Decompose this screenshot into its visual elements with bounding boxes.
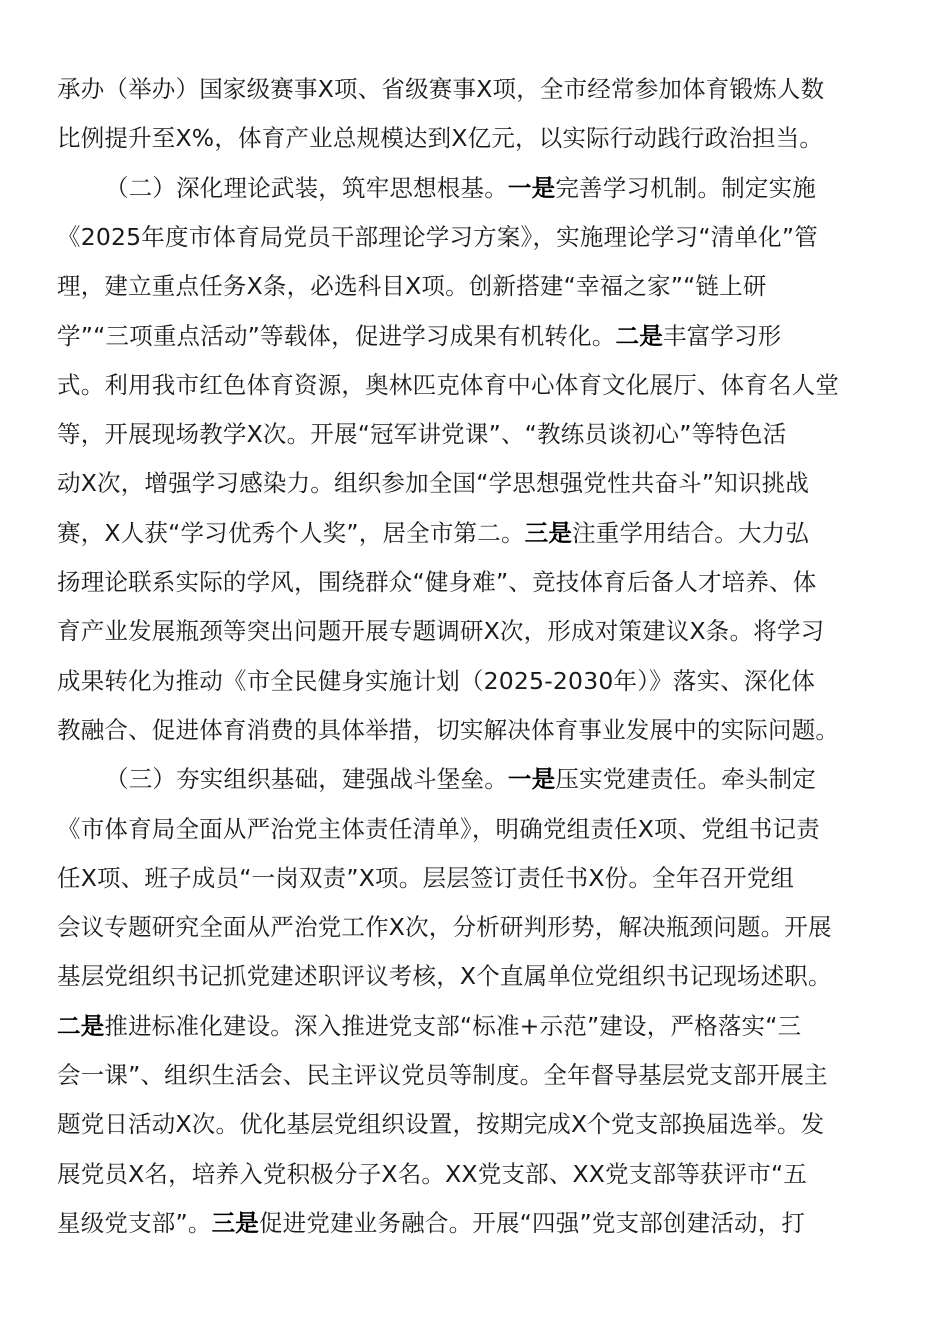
paragraph-line: 二是推进标准化建设。深入推进党支部“标准+示范”建设，严格落实“三 — [57, 1011, 801, 1041]
paragraph-line: 理，建立重点任务X条，必选科目X项。创新搭建“幸福之家”“链上研 — [57, 271, 767, 301]
line-text: 式。利用我市红色体育资源，奥林匹克体育中心体育文化展厅、体育名人堂 — [57, 371, 839, 399]
line-text: 会一课”、组织生活会、民主评议党员等制度。全年督导基层党支部开展主 — [57, 1061, 828, 1089]
line-text: 理，建立重点任务X条，必选科目X项。创新搭建“幸福之家”“链上研 — [57, 272, 767, 300]
line-text: 教融合、促进体育消费的具体举措，切实解决体育事业发展中的实际问题。 — [57, 716, 839, 744]
paragraph-line: 《2025年度市体育局党员干部理论学习方案》，实施理论学习“清单化”管 — [57, 222, 818, 252]
paragraph-line: 基层党组织书记抓党建述职评议考核，X个直属单位党组织书记现场述职。 — [57, 961, 832, 991]
bold-keyword: 一是 — [508, 765, 555, 793]
line-text: 扬理论联系实际的学风，围绕群众“健身难”、竞技体育后备人才培养、体 — [57, 568, 816, 596]
line-text: 赛，X人获“学习优秀个人奖”，居全市第二。 — [57, 519, 525, 547]
line-text: 《市体育局全面从严治党主体责任清单》，明确党组责任X项、党组书记责 — [57, 815, 820, 843]
line-text: 压实党建责任。牵头制定 — [555, 765, 816, 793]
line-text: 成果转化为推动《市全民健身实施计划（2025-2030年）》落实、深化体 — [57, 667, 815, 695]
bold-keyword: 一是 — [508, 174, 555, 202]
paragraph-line: 星级党支部”。三是促进党建业务融合。开展“四强”党支部创建活动，打 — [57, 1208, 805, 1238]
line-text: 展党员X名，培养入党积极分子X名。XX党支部、XX党支部等获评市“五 — [57, 1160, 807, 1188]
line-text: （三）夯实组织基础，建强战斗堡垒。 — [105, 765, 508, 793]
line-text: （二）深化理论武装，筑牢思想根基。 — [105, 174, 508, 202]
paragraph-line: 任X项、班子成员“一岗双责”X项。层层签订责任书X份。全年召开党组 — [57, 863, 794, 893]
bold-keyword: 二是 — [57, 1012, 104, 1040]
line-text: 动X次，增强学习感染力。组织参加全国“学思想强党性共奋斗”知识挑战 — [57, 469, 809, 497]
line-text: 促进党建业务融合。开展“四强”党支部创建活动，打 — [259, 1209, 805, 1237]
paragraph-line: 承办（举办）国家级赛事X项、省级赛事X项，全市经常参加体育锻炼人数 — [57, 74, 824, 104]
line-text: 比例提升至X%，体育产业总规模达到X亿元，以实际行动践行政治担当。 — [57, 124, 823, 152]
paragraph-line: 比例提升至X%，体育产业总规模达到X亿元，以实际行动践行政治担当。 — [57, 123, 823, 153]
bold-keyword: 三是 — [525, 519, 572, 547]
paragraph-line: 育产业发展瓶颈等突出问题开展专题调研X次，形成对策建议X条。将学习 — [57, 616, 824, 646]
line-text: 推进标准化建设。深入推进党支部“标准+示范”建设，严格落实“三 — [104, 1012, 801, 1040]
paragraph-line: （二）深化理论武装，筑牢思想根基。一是完善学习机制。制定实施 — [105, 173, 816, 203]
line-text: 丰富学习形 — [663, 322, 782, 350]
bold-keyword: 二是 — [616, 322, 663, 350]
document-page: 承办（举办）国家级赛事X项、省级赛事X项，全市经常参加体育锻炼人数比例提升至X%… — [0, 0, 950, 1344]
paragraph-line: 等，开展现场教学X次。开展“冠军讲党课”、“教练员谈初心”等特色活 — [57, 419, 786, 449]
paragraph-line: 成果转化为推动《市全民健身实施计划（2025-2030年）》落实、深化体 — [57, 666, 815, 696]
line-text: 《2025年度市体育局党员干部理论学习方案》，实施理论学习“清单化”管 — [57, 223, 818, 251]
line-text: 注重学用结合。大力弘 — [572, 519, 809, 547]
paragraph-line: 展党员X名，培养入党积极分子X名。XX党支部、XX党支部等获评市“五 — [57, 1159, 807, 1189]
paragraph-line: 扬理论联系实际的学风，围绕群众“健身难”、竞技体育后备人才培养、体 — [57, 567, 816, 597]
paragraph-line: 教融合、促进体育消费的具体举措，切实解决体育事业发展中的实际问题。 — [57, 715, 839, 745]
line-text: 星级党支部”。 — [57, 1209, 212, 1237]
line-text: 会议专题研究全面从严治党工作X次，分析研判形势，解决瓶颈问题。开展 — [57, 913, 832, 941]
line-text: 任X项、班子成员“一岗双责”X项。层层签订责任书X份。全年召开党组 — [57, 864, 794, 892]
paragraph-line: 赛，X人获“学习优秀个人奖”，居全市第二。三是注重学用结合。大力弘 — [57, 518, 809, 548]
line-text: 等，开展现场教学X次。开展“冠军讲党课”、“教练员谈初心”等特色活 — [57, 420, 786, 448]
line-text: 完善学习机制。制定实施 — [555, 174, 816, 202]
line-text: 题党日活动X次。优化基层党组织设置，按期完成X个党支部换届选举。发 — [57, 1110, 824, 1138]
line-text: 承办（举办）国家级赛事X项、省级赛事X项，全市经常参加体育锻炼人数 — [57, 75, 824, 103]
paragraph-line: 式。利用我市红色体育资源，奥林匹克体育中心体育文化展厅、体育名人堂 — [57, 370, 839, 400]
paragraph-line: 动X次，增强学习感染力。组织参加全国“学思想强党性共奋斗”知识挑战 — [57, 468, 809, 498]
paragraph-line: 会一课”、组织生活会、民主评议党员等制度。全年督导基层党支部开展主 — [57, 1060, 828, 1090]
paragraph-line: 《市体育局全面从严治党主体责任清单》，明确党组责任X项、党组书记责 — [57, 814, 820, 844]
paragraph-line: （三）夯实组织基础，建强战斗堡垒。一是压实党建责任。牵头制定 — [105, 764, 816, 794]
paragraph-line: 会议专题研究全面从严治党工作X次，分析研判形势，解决瓶颈问题。开展 — [57, 912, 832, 942]
line-text: 育产业发展瓶颈等突出问题开展专题调研X次，形成对策建议X条。将学习 — [57, 617, 824, 645]
bold-keyword: 三是 — [212, 1209, 259, 1237]
paragraph-line: 学”“三项重点活动”等载体，促进学习成果有机转化。二是丰富学习形 — [57, 321, 781, 351]
line-text: 基层党组织书记抓党建述职评议考核，X个直属单位党组织书记现场述职。 — [57, 962, 832, 990]
paragraph-line: 题党日活动X次。优化基层党组织设置，按期完成X个党支部换届选举。发 — [57, 1109, 824, 1139]
line-text: 学”“三项重点活动”等载体，促进学习成果有机转化。 — [57, 322, 616, 350]
